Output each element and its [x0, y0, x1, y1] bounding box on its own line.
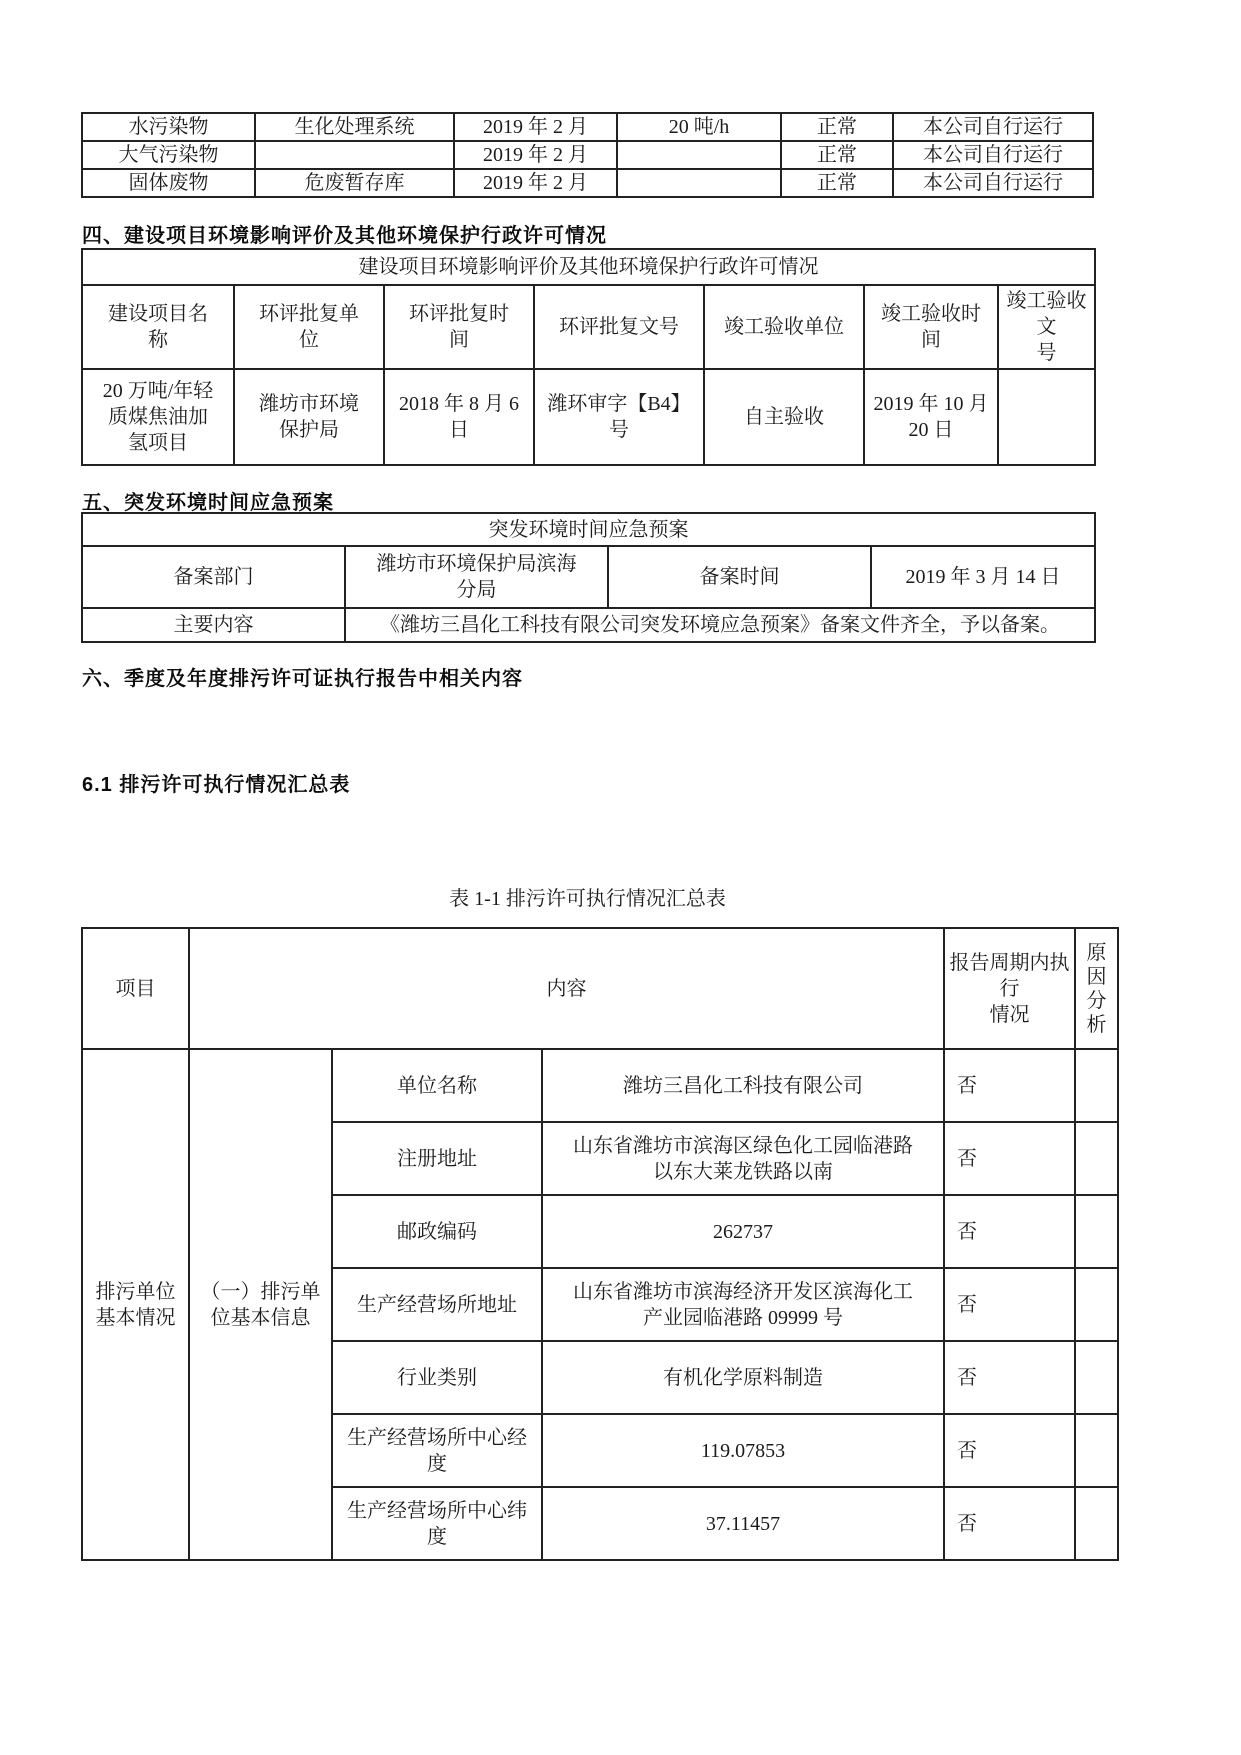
field-label: 邮政编码 [332, 1195, 542, 1268]
emergency-plan-table: 突发环境时间应急预案 备案部门 潍坊市环境保护局滨海 分局 备案时间 2019 … [81, 512, 1096, 643]
section-5-heading: 五、突发环境时间应急预案 [82, 486, 334, 515]
project-name-cell: 20 万吨/年轻 质煤焦油加 氢项目 [82, 369, 234, 465]
header-item: 项目 [82, 928, 189, 1049]
filing-date-value: 2019 年 3 月 14 日 [871, 546, 1095, 608]
table-row: 主要内容 《潍坊三昌化工科技有限公司突发环境应急预案》备案文件齐全，予以备案。 [82, 608, 1095, 642]
header-acceptance-unit: 竣工验收单位 [704, 285, 864, 369]
table-1-1-caption: 表 1-1 排污许可执行情况汇总表 [81, 882, 1094, 911]
field-value: 有机化学原料制造 [542, 1341, 944, 1414]
field-value: 119.07853 [542, 1414, 944, 1487]
table-row: 备案部门 潍坊市环境保护局滨海 分局 备案时间 2019 年 3 月 14 日 [82, 546, 1095, 608]
table-title: 突发环境时间应急预案 [82, 513, 1095, 546]
field-value: 潍坊三昌化工科技有限公司 [542, 1049, 944, 1122]
table-row: 水污染物 生化处理系统 2019 年 2 月 20 吨/h 正常 本公司自行运行 [82, 113, 1093, 141]
facility-cell [255, 141, 454, 169]
field-label: 行业类别 [332, 1341, 542, 1414]
operator-cell: 本公司自行运行 [893, 169, 1093, 197]
field-value: 山东省潍坊市滨海经济开发区滨海化工 产业园临港路 09999 号 [542, 1268, 944, 1341]
permit-execution-summary-table: 项目 内容 报告周期内执行 情况 原 因 分 析 排污单位 基本情况 （一）排污… [81, 927, 1119, 1561]
header-project-name: 建设项目名 称 [82, 285, 234, 369]
acceptance-date-cell: 2019 年 10 月 20 日 [864, 369, 998, 465]
table-title-row: 建设项目环境影响评价及其他环境保护行政许可情况 [82, 249, 1095, 285]
reason-cell [1075, 1341, 1118, 1414]
table-row: 排污单位 基本情况 （一）排污单 位基本信息 单位名称 潍坊三昌化工科技有限公司… [82, 1049, 1118, 1122]
executed-flag: 否 [944, 1487, 1075, 1560]
executed-flag: 否 [944, 1195, 1075, 1268]
section-4-heading: 四、建设项目环境影响评价及其他环境保护行政许可情况 [82, 219, 607, 248]
table-row: 20 万吨/年轻 质煤焦油加 氢项目 潍坊市环境 保护局 2018 年 8 月 … [82, 369, 1095, 465]
pollutant-monitoring-table: 水污染物 生化处理系统 2019 年 2 月 20 吨/h 正常 本公司自行运行… [81, 112, 1094, 198]
status-cell: 正常 [781, 169, 893, 197]
executed-flag: 否 [944, 1268, 1075, 1341]
capacity-cell [617, 141, 781, 169]
acceptance-unit-cell: 自主验收 [704, 369, 864, 465]
subgroup-unit-basic-info: （一）排污单 位基本信息 [189, 1049, 332, 1560]
document-page: 水污染物 生化处理系统 2019 年 2 月 20 吨/h 正常 本公司自行运行… [0, 0, 1241, 1755]
eia-doc-no-cell: 潍环审字【B4】 号 [534, 369, 704, 465]
header-acceptance-date: 竣工验收时 间 [864, 285, 998, 369]
filing-department-value: 潍坊市环境保护局滨海 分局 [345, 546, 608, 608]
field-label: 单位名称 [332, 1049, 542, 1122]
capacity-cell [617, 169, 781, 197]
main-content-label: 主要内容 [82, 608, 345, 642]
operator-cell: 本公司自行运行 [893, 141, 1093, 169]
header-executed-in-period: 报告周期内执行 情况 [944, 928, 1075, 1049]
reason-cell [1075, 1414, 1118, 1487]
executed-flag: 否 [944, 1414, 1075, 1487]
table-header-row: 项目 内容 报告周期内执行 情况 原 因 分 析 [82, 928, 1118, 1049]
table-row: 大气污染物 2019 年 2 月 正常 本公司自行运行 [82, 141, 1093, 169]
date-cell: 2019 年 2 月 [454, 141, 617, 169]
table-title: 建设项目环境影响评价及其他环境保护行政许可情况 [82, 249, 1095, 285]
facility-cell: 生化处理系统 [255, 113, 454, 141]
header-eia-date: 环评批复时 间 [384, 285, 534, 369]
reason-cell [1075, 1487, 1118, 1560]
pollutant-type-cell: 大气污染物 [82, 141, 255, 169]
table-header-row: 建设项目名 称 环评批复单 位 环评批复时 间 环评批复文号 竣工验收单位 竣工… [82, 285, 1095, 369]
executed-flag: 否 [944, 1122, 1075, 1195]
reason-cell [1075, 1122, 1118, 1195]
pollutant-type-cell: 水污染物 [82, 113, 255, 141]
field-value: 山东省潍坊市滨海区绿色化工园临港路 以东大莱龙铁路以南 [542, 1122, 944, 1195]
header-reason-analysis: 原 因 分 析 [1075, 928, 1118, 1049]
executed-flag: 否 [944, 1341, 1075, 1414]
section-6-1-heading: 6.1 排污许可执行情况汇总表 [82, 768, 350, 797]
filing-department-label: 备案部门 [82, 546, 345, 608]
eia-permit-table: 建设项目环境影响评价及其他环境保护行政许可情况 建设项目名 称 环评批复单 位 … [81, 248, 1096, 466]
field-value: 37.11457 [542, 1487, 944, 1560]
facility-cell: 危废暂存库 [255, 169, 454, 197]
header-eia-doc-no: 环评批复文号 [534, 285, 704, 369]
reason-cell [1075, 1268, 1118, 1341]
status-cell: 正常 [781, 113, 893, 141]
capacity-cell: 20 吨/h [617, 113, 781, 141]
table-row: 固体废物 危废暂存库 2019 年 2 月 正常 本公司自行运行 [82, 169, 1093, 197]
reason-cell [1075, 1195, 1118, 1268]
section-6-heading: 六、季度及年度排污许可证执行报告中相关内容 [82, 662, 523, 691]
status-cell: 正常 [781, 141, 893, 169]
eia-approver-cell: 潍坊市环境 保护局 [234, 369, 384, 465]
field-value: 262737 [542, 1195, 944, 1268]
table-title-row: 突发环境时间应急预案 [82, 513, 1095, 546]
pollutant-type-cell: 固体废物 [82, 169, 255, 197]
acceptance-doc-no-cell [998, 369, 1095, 465]
header-content: 内容 [189, 928, 944, 1049]
eia-date-cell: 2018 年 8 月 6 日 [384, 369, 534, 465]
header-acceptance-doc-no: 竣工验收文 号 [998, 285, 1095, 369]
date-cell: 2019 年 2 月 [454, 169, 617, 197]
field-label: 注册地址 [332, 1122, 542, 1195]
field-label: 生产经营场所中心经 度 [332, 1414, 542, 1487]
date-cell: 2019 年 2 月 [454, 113, 617, 141]
reason-cell [1075, 1049, 1118, 1122]
filing-date-label: 备案时间 [608, 546, 871, 608]
main-content-value: 《潍坊三昌化工科技有限公司突发环境应急预案》备案文件齐全，予以备案。 [345, 608, 1095, 642]
field-label: 生产经营场所地址 [332, 1268, 542, 1341]
executed-flag: 否 [944, 1049, 1075, 1122]
operator-cell: 本公司自行运行 [893, 113, 1093, 141]
header-eia-approver: 环评批复单 位 [234, 285, 384, 369]
group-basic-info: 排污单位 基本情况 [82, 1049, 189, 1560]
field-label: 生产经营场所中心纬 度 [332, 1487, 542, 1560]
